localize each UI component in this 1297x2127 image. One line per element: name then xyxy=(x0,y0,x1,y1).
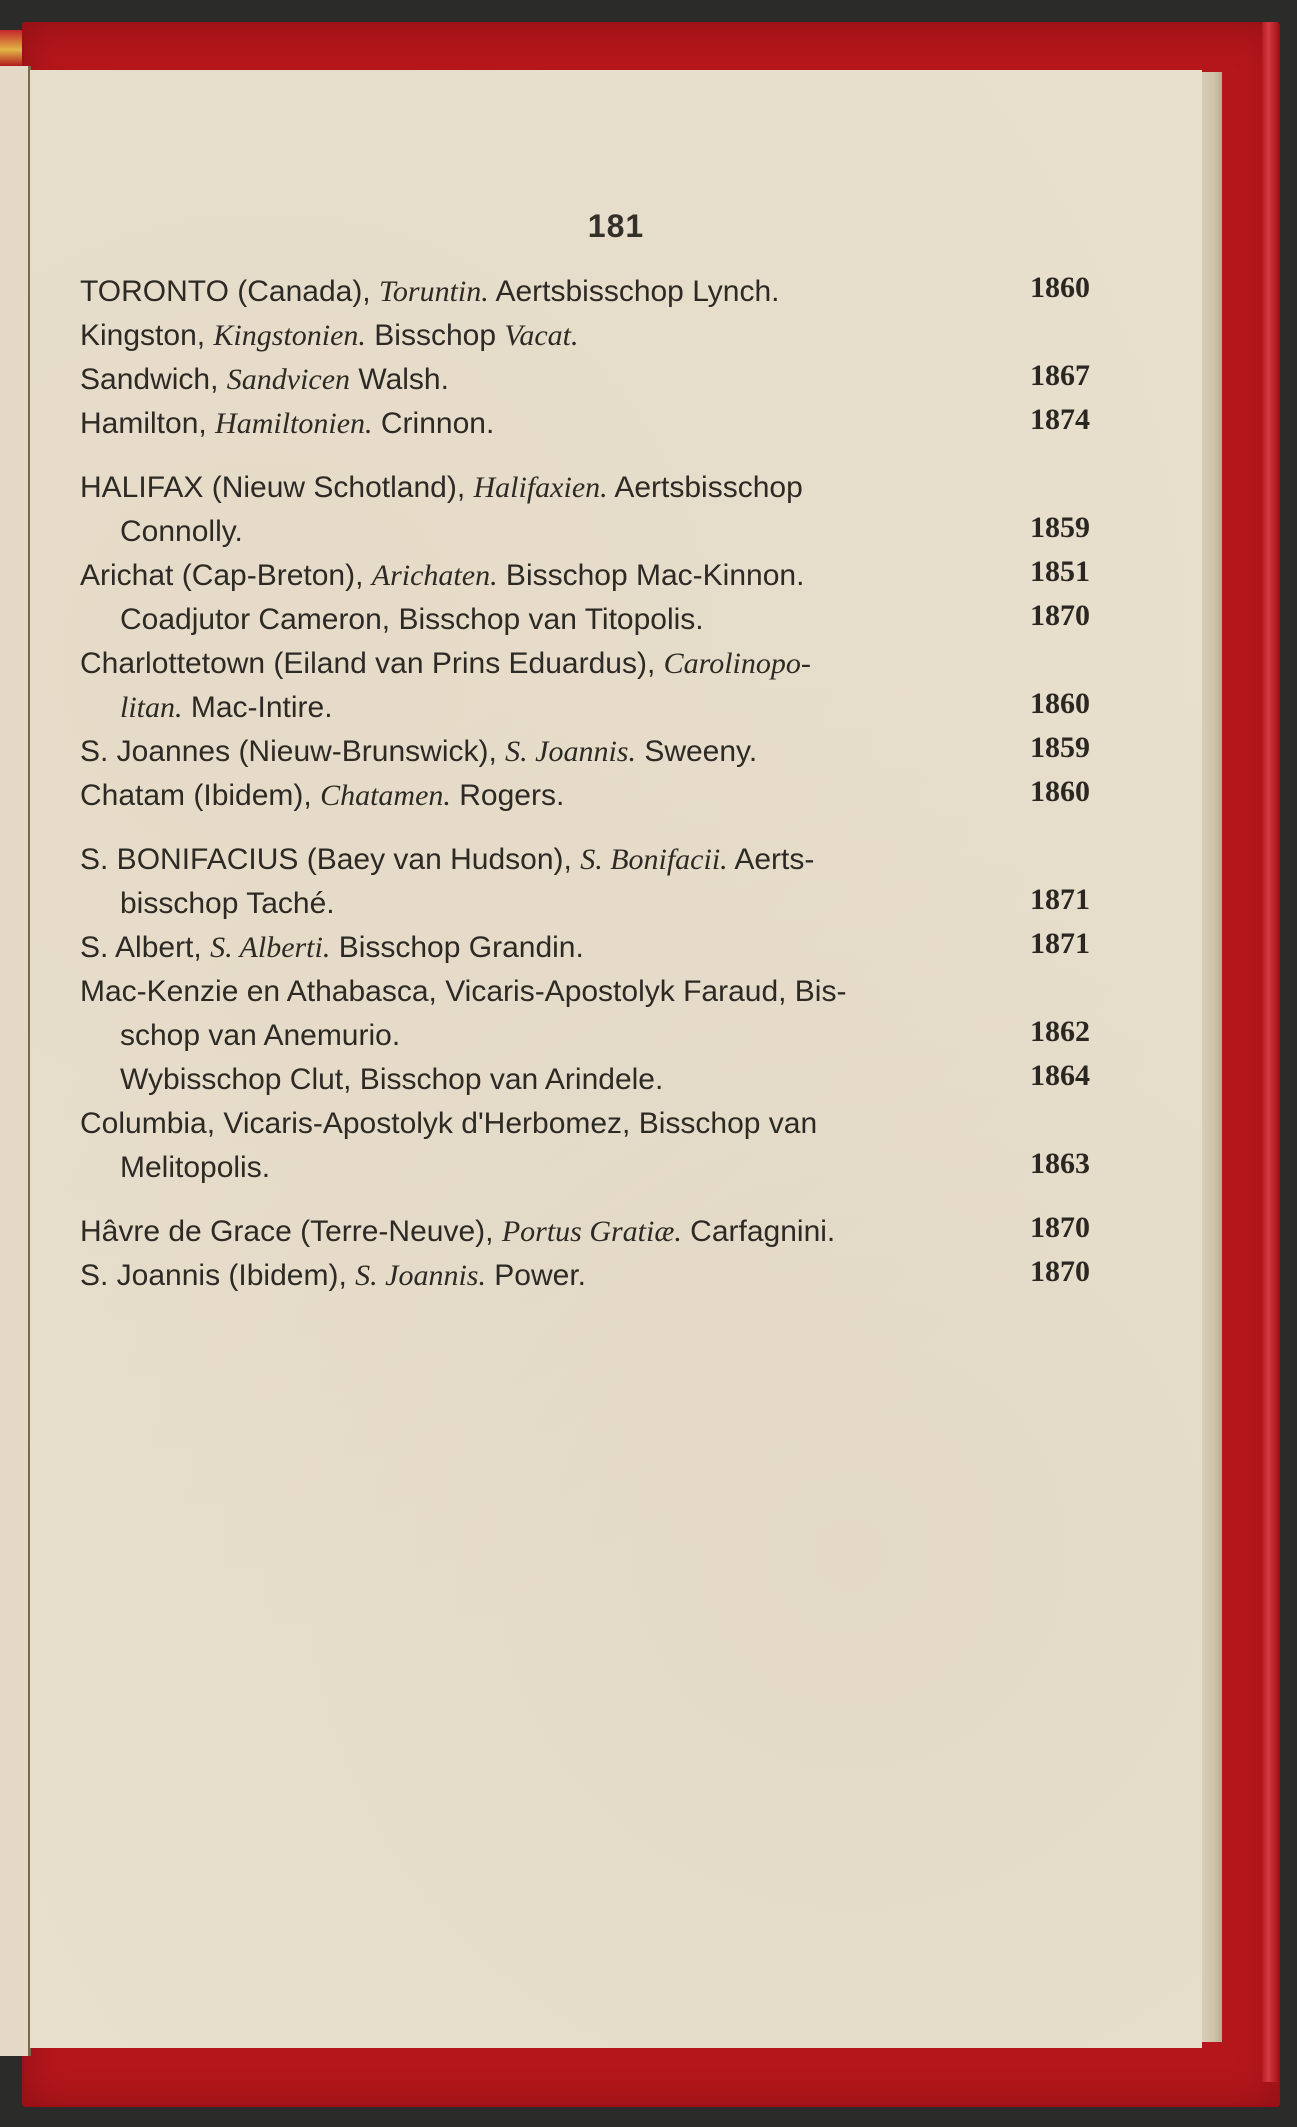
entry-text: Carfagnini. xyxy=(682,1215,835,1248)
entry-text: Rogers. xyxy=(451,779,564,812)
year: 1871 xyxy=(1030,922,1090,966)
page-fore-edge xyxy=(1202,72,1222,2042)
latin-name: Sandvicen xyxy=(227,363,350,396)
list-item: S. BONIFACIUS (Baey van Hudson), S. Boni… xyxy=(80,838,1090,926)
entry-text: Arichat (Cap-Breton), xyxy=(80,559,372,592)
book-page: 181 TORONTO (Canada), Toruntin. Aertsbis… xyxy=(30,70,1202,2048)
list-item: Charlottetown (Eiland van Prins Eduardus… xyxy=(80,642,1090,730)
diocese-list: TORONTO (Canada), Toruntin. Aertsbisscho… xyxy=(80,270,1090,1298)
entry-line: litan. Mac-Intire. xyxy=(80,686,1030,730)
entry-line: Coadjutor Cameron, Bisschop van Titopoli… xyxy=(120,598,1030,642)
entry-line: Charlottetown (Eiland van Prins Eduardus… xyxy=(80,642,990,686)
year: 1859 xyxy=(1030,506,1090,550)
year: 1864 xyxy=(1030,1054,1090,1098)
list-item: Chatam (Ibidem), Chatamen. Rogers.1860 xyxy=(80,774,1090,818)
latin-name: Vacat. xyxy=(504,319,578,352)
entry-text: TORONTO xyxy=(80,275,229,308)
list-item: Hâvre de Grace (Terre-Neuve), Portus Gra… xyxy=(80,1210,1090,1254)
latin-name: S. Alberti. xyxy=(210,931,330,964)
latin-name: S. Bonifacii. xyxy=(580,843,727,876)
list-item: HALIFAX (Nieuw Schotland), Halifaxien. A… xyxy=(80,466,1090,554)
latin-name: Hamiltonien. xyxy=(215,407,373,440)
latin-name: Kingstonien. xyxy=(213,319,366,352)
entry-line: schop van Anemurio. xyxy=(80,1014,1030,1058)
entry-line: bisschop Taché. xyxy=(80,882,1030,926)
list-item: Sandwich, Sandvicen Walsh.1867 xyxy=(80,358,1090,402)
year: 1851 xyxy=(1030,550,1090,594)
entry-line: S. Joannes (Nieuw-Brunswick), S. Joannis… xyxy=(80,730,990,774)
entry-text: HALIFAX (Nieuw Schotland), xyxy=(80,471,474,504)
entry-text: S. BONIFACIUS (Baey van Hudson), xyxy=(80,843,580,876)
entry-text: bisschop Taché. xyxy=(120,887,335,920)
entry-line: Chatam (Ibidem), Chatamen. Rogers. xyxy=(80,774,990,818)
entry-text: Bisschop xyxy=(366,319,504,352)
year: 1862 xyxy=(1030,1010,1090,1054)
latin-name: S. Joannis. xyxy=(355,1259,486,1292)
entry-line: Columbia, Vicaris-Apostolyk d'Herbomez, … xyxy=(80,1102,990,1146)
entry-line: S. Joannis (Ibidem), S. Joannis. Power. xyxy=(80,1254,990,1298)
latin-name: litan. xyxy=(120,691,183,724)
year: 1860 xyxy=(1030,266,1090,310)
cover-edge xyxy=(1262,22,1278,2082)
latin-name: Arichaten. xyxy=(372,559,498,592)
entry-line: Connolly. xyxy=(80,510,1030,554)
entry-text: Mac-Intire. xyxy=(183,691,333,724)
entry-line: S. Albert, S. Alberti. Bisschop Grandin. xyxy=(80,926,990,970)
year: 1870 xyxy=(1030,594,1090,638)
year: 1860 xyxy=(1030,770,1090,814)
list-item: Coadjutor Cameron, Bisschop van Titopoli… xyxy=(80,598,1090,642)
list-item: Hamilton, Hamiltonien. Crinnon.1874 xyxy=(80,402,1090,446)
entry-text: Aertsbisschop xyxy=(608,471,803,504)
year: 1870 xyxy=(1030,1206,1090,1250)
list-item: Mac-Kenzie en Athabasca, Vicaris-Apostol… xyxy=(80,970,1090,1058)
entry-line: TORONTO (Canada), Toruntin. Aertsbisscho… xyxy=(80,270,990,314)
latin-name: Carolinopo- xyxy=(664,647,811,680)
entry-line: HALIFAX (Nieuw Schotland), Halifaxien. A… xyxy=(80,466,990,510)
list-item: S. Joannes (Nieuw-Brunswick), S. Joannis… xyxy=(80,730,1090,774)
entry-text: Wybisschop Clut, Bisschop van Arindele. xyxy=(120,1063,663,1096)
latin-name: Toruntin. xyxy=(379,275,489,308)
entry-text: Hamilton, xyxy=(80,407,215,440)
entry-line: Sandwich, Sandvicen Walsh. xyxy=(80,358,990,402)
latin-name: Portus Gratiæ. xyxy=(502,1215,682,1248)
entry-text: Mac-Kenzie en Athabasca, Vicaris-Apostol… xyxy=(80,975,846,1008)
entry-text: Hâvre de Grace (Terre-Neuve), xyxy=(80,1215,502,1248)
entry-text: Aerts- xyxy=(728,843,815,876)
list-item: TORONTO (Canada), Toruntin. Aertsbisscho… xyxy=(80,270,1090,314)
latin-name: Halifaxien. xyxy=(474,471,608,504)
entry-text: Aertsbisschop Lynch. xyxy=(489,275,780,308)
entry-text: Melitopolis. xyxy=(120,1151,270,1184)
entry-line: Hamilton, Hamiltonien. Crinnon. xyxy=(80,402,990,446)
list-item: S. Albert, S. Alberti. Bisschop Grandin.… xyxy=(80,926,1090,970)
entry-line: Arichat (Cap-Breton), Arichaten. Bisscho… xyxy=(80,554,990,598)
page-number: 181 xyxy=(30,208,1202,245)
entry-text: S. Joannis (Ibidem), xyxy=(80,1259,355,1292)
entry-text: Coadjutor Cameron, Bisschop van Titopoli… xyxy=(120,603,704,636)
entry-text: Sandwich, xyxy=(80,363,227,396)
entry-text: S. Albert, xyxy=(80,931,210,964)
entry-line: Hâvre de Grace (Terre-Neuve), Portus Gra… xyxy=(80,1210,990,1254)
year: 1859 xyxy=(1030,726,1090,770)
entry-text: Bisschop Grandin. xyxy=(330,931,583,964)
list-item: S. Joannis (Ibidem), S. Joannis. Power.1… xyxy=(80,1254,1090,1298)
entry-text: Connolly. xyxy=(120,515,243,548)
entry-text: Power. xyxy=(486,1259,586,1292)
left-page-edge xyxy=(0,66,31,2056)
latin-name: S. Joannis. xyxy=(505,735,636,768)
year: 1867 xyxy=(1030,354,1090,398)
year: 1870 xyxy=(1030,1250,1090,1294)
latin-name: Chatamen. xyxy=(320,779,451,812)
entry-text: Walsh. xyxy=(350,363,449,396)
entry-text: Charlottetown (Eiland van Prins Eduardus… xyxy=(80,647,664,680)
entry-text: (Canada), xyxy=(229,275,379,308)
entry-line: Kingston, Kingstonien. Bisschop Vacat. xyxy=(80,314,990,358)
entry-line: Melitopolis. xyxy=(80,1146,1030,1190)
entry-text: Columbia, Vicaris-Apostolyk d'Herbomez, … xyxy=(80,1107,817,1140)
list-item: Wybisschop Clut, Bisschop van Arindele.1… xyxy=(80,1058,1090,1102)
entry-text: Kingston, xyxy=(80,319,213,352)
entry-text: Chatam (Ibidem), xyxy=(80,779,320,812)
year: 1863 xyxy=(1030,1142,1090,1186)
entry-line: Wybisschop Clut, Bisschop van Arindele. xyxy=(120,1058,1030,1102)
year: 1860 xyxy=(1030,682,1090,726)
entry-text: Crinnon. xyxy=(373,407,495,440)
entry-text: Bisschop Mac-Kinnon. xyxy=(498,559,805,592)
list-item: Columbia, Vicaris-Apostolyk d'Herbomez, … xyxy=(80,1102,1090,1190)
list-item: Kingston, Kingstonien. Bisschop Vacat. xyxy=(80,314,1090,358)
entry-text: Sweeny. xyxy=(636,735,757,768)
entry-text: S. Joannes (Nieuw-Brunswick), xyxy=(80,735,505,768)
entry-text: schop van Anemurio. xyxy=(120,1019,400,1052)
entry-line: S. BONIFACIUS (Baey van Hudson), S. Boni… xyxy=(80,838,990,882)
year: 1874 xyxy=(1030,398,1090,442)
spine-ornament xyxy=(0,30,22,66)
list-item: Arichat (Cap-Breton), Arichaten. Bisscho… xyxy=(80,554,1090,598)
entry-line: Mac-Kenzie en Athabasca, Vicaris-Apostol… xyxy=(80,970,990,1014)
year: 1871 xyxy=(1030,878,1090,922)
